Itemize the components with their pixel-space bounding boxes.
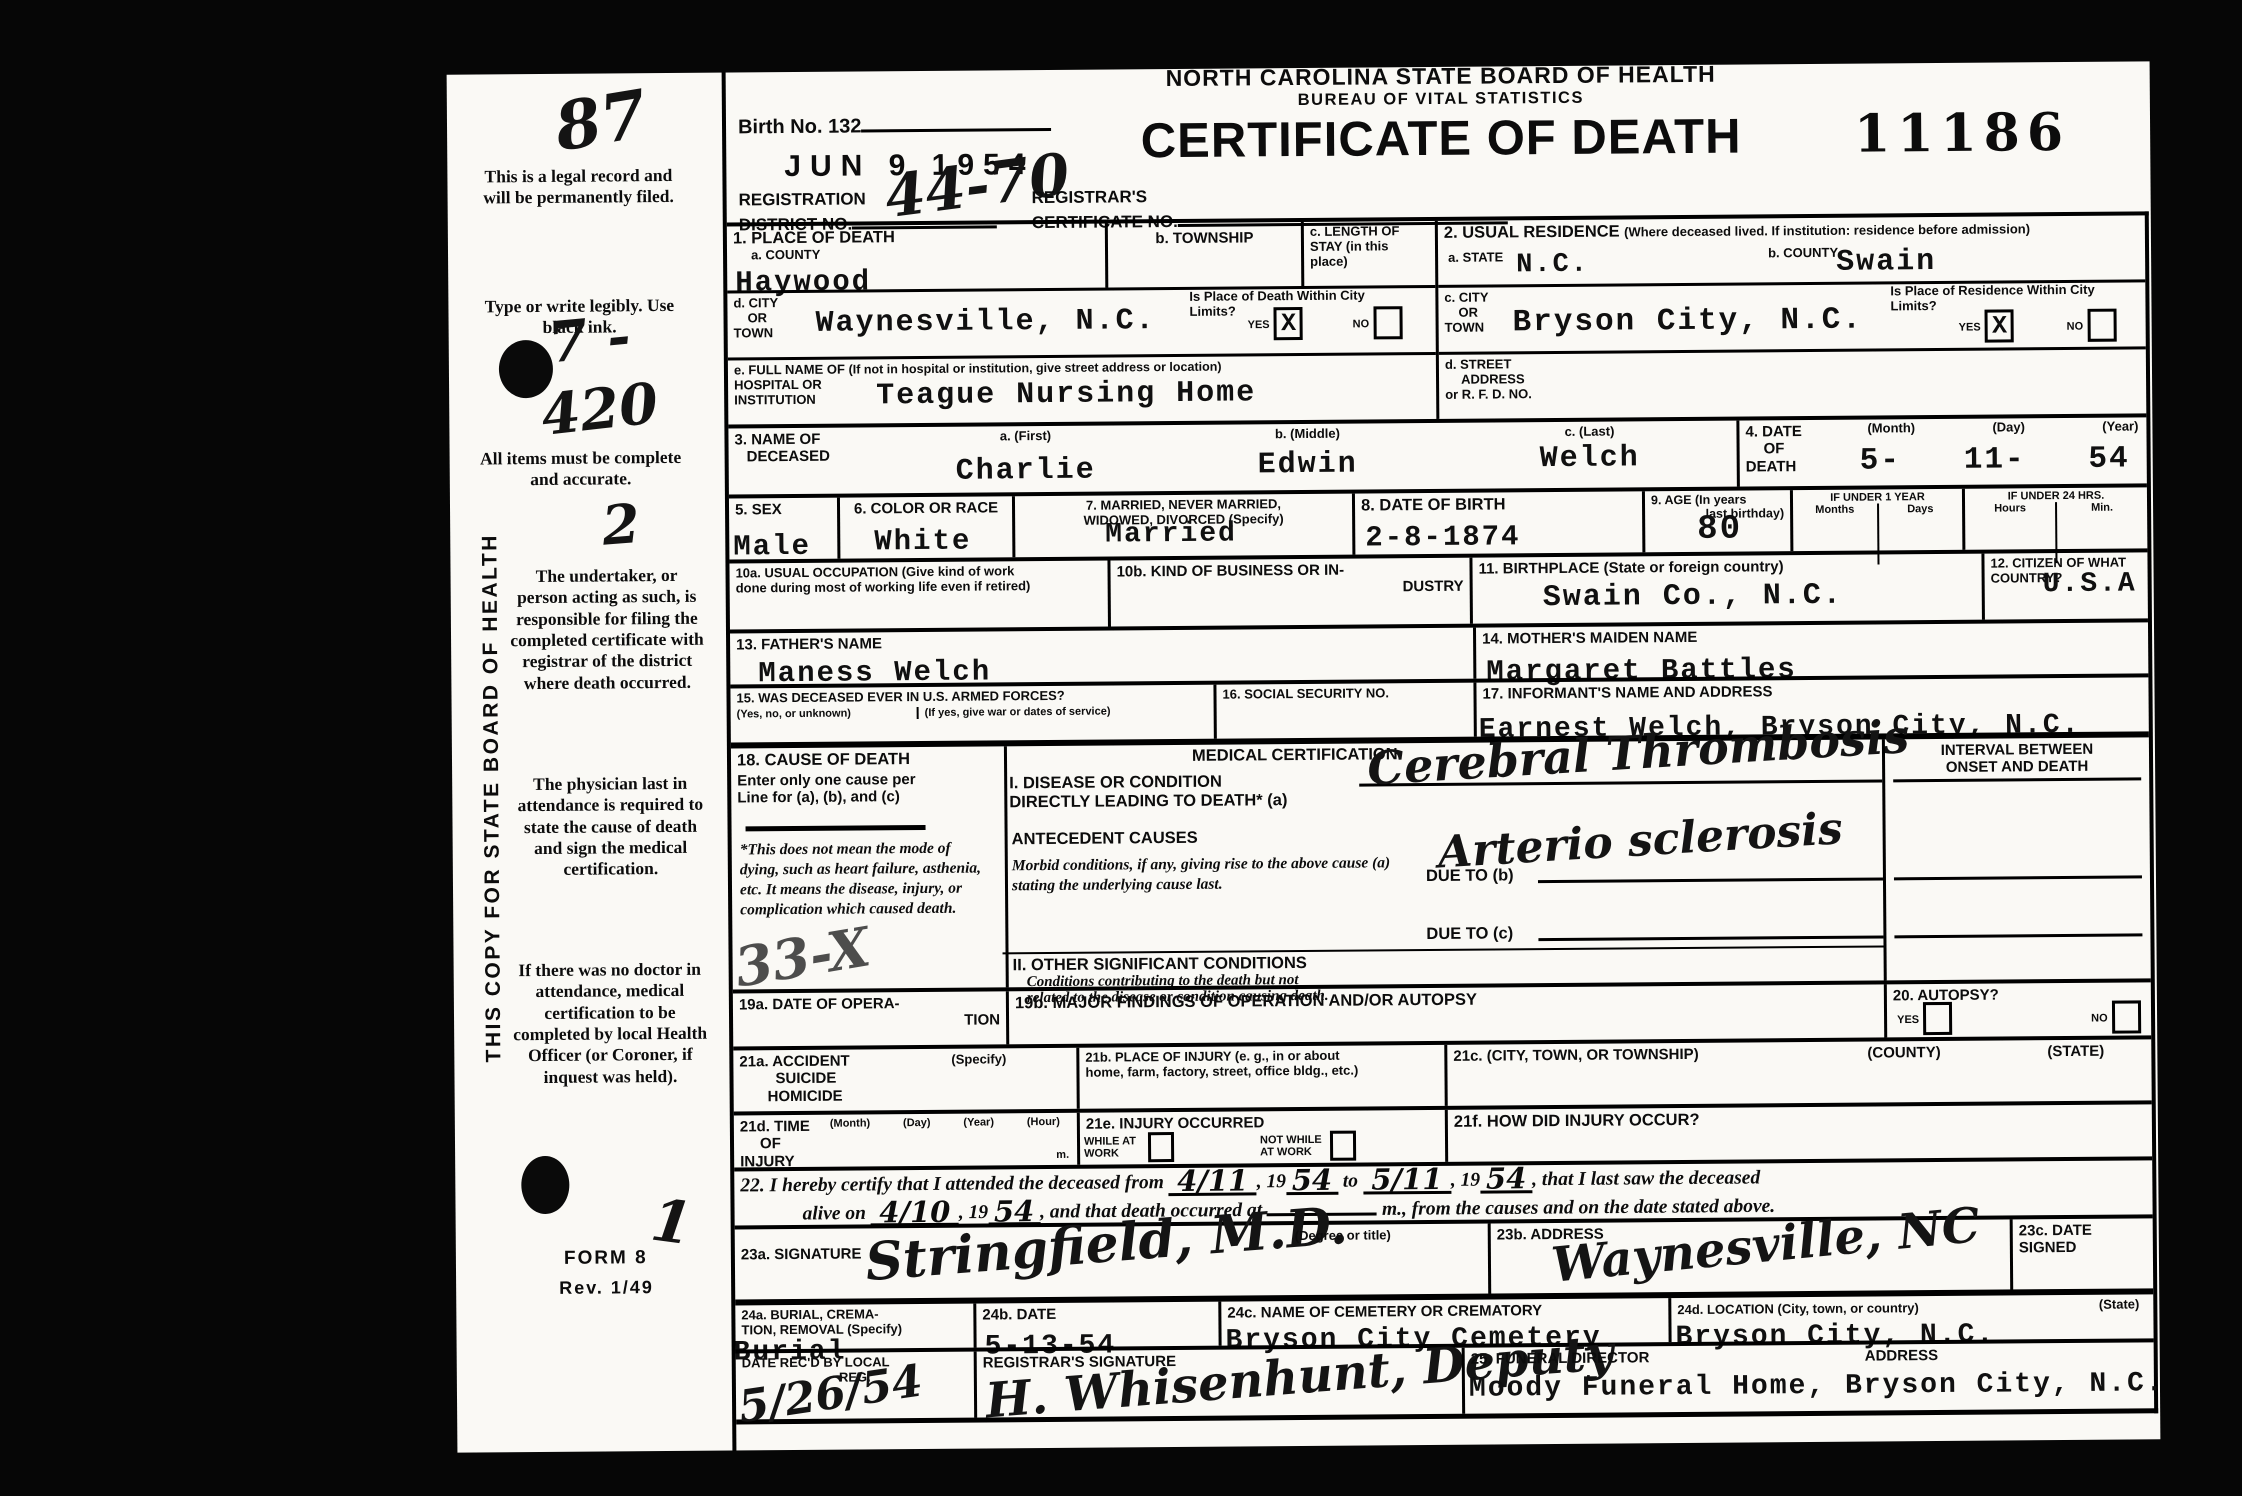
residence-city-value: Bryson City, N.C. xyxy=(1512,305,1862,339)
dob-label: 8. DATE OF BIRTH xyxy=(1361,494,1636,515)
last-name-value: Welch xyxy=(1449,443,1731,475)
death-limits-yes-label: YES xyxy=(1248,319,1270,331)
field-street-address: d. STREET ADDRESS or R. F. D. NO. xyxy=(1439,349,2146,419)
field-date-received: DATE REC'D BY LOCAL REG. 5/26/54 xyxy=(736,1352,975,1420)
field-date-signed: 23c. DATE SIGNED xyxy=(2010,1218,2154,1289)
field-city-of-death: d. CITY OR TOWN Waynesville, N.C. Is Pla… xyxy=(727,288,1435,358)
place-of-death-block: 1. PLACE OF DEATH a. COUNTY Haywood b. T… xyxy=(727,221,1437,425)
death-limits-no-label: NO xyxy=(1353,318,1370,330)
due-to-b-line xyxy=(1538,877,1883,883)
sex-label: 5. SEX xyxy=(735,501,831,519)
accident-specify-label: (Specify) xyxy=(951,1052,1006,1067)
sidebar-note-legal: This is a legal record and will be perma… xyxy=(469,165,687,209)
sidebar-vertical-text: THIS COPY FOR STATE BOARD OF HEALTH xyxy=(478,542,506,1062)
field-ssn: 16. SOCIAL SECURITY NO. xyxy=(1213,683,1473,739)
mother-label: 14. MOTHER'S MAIDEN NAME xyxy=(1482,625,2142,647)
death-limits-yes: YES X xyxy=(1247,307,1303,340)
cemetery-label: 24c. NAME OF CEMETERY OR CREMATORY xyxy=(1227,1301,1662,1322)
form-main: Birth No. 132 JUN 9 1954 REGISTRATION DI… xyxy=(722,61,2159,1450)
certify-19c: , 19 xyxy=(959,1202,988,1223)
due-to-c-line xyxy=(1538,935,1883,941)
form-box: 1. PLACE OF DEATH a. COUNTY Haywood b. T… xyxy=(727,211,2158,1424)
name-label-2: DECEASED xyxy=(747,448,885,466)
funeral-director-address-label: ADDRESS xyxy=(1865,1347,1938,1365)
certify-to-year: 54 xyxy=(1480,1168,1532,1193)
field-autopsy: 20. AUTOPSY? YES NO xyxy=(1884,982,2151,1037)
last-name-label: c. (Last) xyxy=(1448,424,1730,441)
interval-line-a xyxy=(1893,777,2141,782)
field-usual-occupation: 10a. USUAL OCCUPATION (Give kind of work… xyxy=(729,561,1108,630)
field-burial-date: 24b. DATE 5-13-54 xyxy=(973,1302,1218,1348)
injury-state-label: (STATE) xyxy=(2047,1043,2104,1061)
handwritten-page-number: 87 xyxy=(550,80,651,160)
interval-line-b xyxy=(1894,875,2142,880)
field-armed-forces: 15. WAS DECEASED EVER IN U.S. ARMED FORC… xyxy=(730,685,1213,743)
residence-limits-no: NO xyxy=(2067,309,2117,342)
row-registrar-funeral: DATE REC'D BY LOCAL REG. 5/26/54 REGISTR… xyxy=(736,1338,2155,1419)
birthplace-value: Swain Co., N.C. xyxy=(1543,581,1843,613)
name-middle-block: b. (Middle) Edwin xyxy=(1166,426,1448,488)
how-injury-label: 21f. HOW DID INJURY OCCUR? xyxy=(1454,1107,2146,1131)
length-of-stay-label-2: STAY (in this place) xyxy=(1310,239,1429,270)
ssn-label: 16. SOCIAL SECURITY NO. xyxy=(1222,686,1467,703)
injury-not-while-at-work: NOT WHILE AT WORK xyxy=(1260,1131,1356,1162)
armed-forces-label: 15. WAS DECEASED EVER IN U.S. ARMED FORC… xyxy=(736,688,1207,707)
header-center: NORTH CAROLINA STATE BOARD OF HEALTH BUR… xyxy=(1081,60,1802,170)
birth-no-line xyxy=(861,108,1051,132)
death-limits-no-checkbox xyxy=(1373,306,1402,339)
field-if-under-24-hrs: IF UNDER 24 HRS. Hours Min. xyxy=(1962,487,2147,549)
certify-part1: 22. I hereby certify that I attended the… xyxy=(740,1172,1164,1196)
color-race-value: White xyxy=(874,527,971,557)
date-of-death-sublabels: (Month) (Day) (Year) xyxy=(1867,419,2138,436)
field-if-under-1-year: IF UNDER 1 YEAR Months Days xyxy=(1790,489,1962,551)
form-revision: Rev. 1/49 xyxy=(559,1277,654,1299)
certify-from-year: 54 xyxy=(1286,1170,1338,1195)
field-cemetery-location: 24d. LOCATION (City, town, or country) (… xyxy=(1668,1294,2153,1342)
row-cause-of-death: 18. CAUSE OF DEATH Enter only one cause … xyxy=(731,731,2151,989)
field-age: 9. AGE (In years last birthday) 80 xyxy=(1642,490,1790,552)
birthplace-label: 11. BIRTHPLACE (State or foreign country… xyxy=(1478,557,1975,578)
major-findings-label: 19b. MAJOR FINDINGS OF OPERATION AND/OR … xyxy=(1015,987,1878,1013)
under-1-year-label: IF UNDER 1 YEAR xyxy=(1793,489,1962,504)
certify-part3: alive on xyxy=(802,1203,866,1224)
certify-from-value: 4/11 xyxy=(1169,1170,1257,1195)
cause-note2: *This does not mean the mode of dying, s… xyxy=(740,838,993,921)
sidebar-note-physician: The physician last in attendance is requ… xyxy=(510,773,711,881)
row-sex-age: 5. SEX Male 6. COLOR OR RACE White 7. MA… xyxy=(729,483,2147,559)
field-residence-city: c. CITY OR TOWN Bryson City, N.C. Is Pla… xyxy=(1438,282,2145,352)
certificate-number: 11186 xyxy=(1854,102,2070,165)
first-name-label: a. (First) xyxy=(884,428,1166,445)
certificate-page: 87 This is a legal record and will be pe… xyxy=(447,61,2161,1452)
cemetery-location-state-label: (State) xyxy=(2099,1297,2140,1312)
while-at-work-checkbox xyxy=(1148,1132,1174,1162)
dob-value: 2-8-1874 xyxy=(1365,522,1520,552)
usual-residence-block: 2. USUAL RESIDENCE (Where deceased lived… xyxy=(1435,215,2147,419)
usual-residence-label: 2. USUAL RESIDENCE xyxy=(1444,223,1620,242)
morbid-note: Morbid conditions, if any, giving rise t… xyxy=(1012,853,1412,896)
hospital-label-paren: (If not in hospital or institution, give… xyxy=(848,360,1221,377)
field-color-race: 6. COLOR OR RACE White xyxy=(837,496,1012,558)
injury-city-label: 21c. (CITY, TOWN, OR TOWNSHIP) xyxy=(1453,1046,1698,1065)
injury-day-label: (Day) xyxy=(903,1117,931,1129)
other-conditions-divider xyxy=(1003,945,1884,954)
middle-name-label: b. (Middle) xyxy=(1166,426,1448,443)
injury-hour-label: (Hour) xyxy=(1027,1116,1060,1128)
operation-label-2: TION xyxy=(739,1012,1000,1031)
autopsy-no-checkbox xyxy=(2112,1000,2141,1033)
while-at-work-label-2: WORK xyxy=(1084,1147,1119,1159)
residence-limits-yes: YES X xyxy=(1959,309,2015,342)
field-name-of-deceased: 3. NAME OF DECEASED a. (First) Charlie b… xyxy=(728,421,1736,495)
field-date-of-birth: 8. DATE OF BIRTH 2-8-1874 xyxy=(1352,491,1642,554)
residence-limits-yes-label: YES xyxy=(1959,321,1981,333)
first-name-value: Charlie xyxy=(885,455,1167,487)
field-registrar-signature: REGISTRAR'S SIGNATURE H. Whisenhunt, Dep… xyxy=(974,1348,1463,1418)
disease-label-1: I. DISEASE OR CONDITION xyxy=(1009,772,1287,793)
accident-label-3: HOMICIDE xyxy=(768,1085,1071,1105)
row-name-date: 3. NAME OF DECEASED a. (First) Charlie b… xyxy=(728,413,2147,494)
field-date-of-operation: 19a. DATE OF OPERA- TION xyxy=(733,991,1006,1046)
field-place-of-death-county: 1. PLACE OF DEATH a. COUNTY Haywood xyxy=(727,224,1105,291)
field-usual-residence: 2. USUAL RESIDENCE (Where deceased lived… xyxy=(1438,215,2145,285)
cause-note1-2: Line for (a), (b), and (c) xyxy=(737,788,998,807)
township-label: b. TOWNSHIP xyxy=(1114,229,1295,248)
injury-m-label: m. xyxy=(1056,1149,1069,1161)
antecedent-label: ANTECEDENT CAUSES xyxy=(1012,829,1198,849)
death-month-value: 5- xyxy=(1860,445,1901,476)
residence-limits-no-checkbox xyxy=(2087,309,2116,342)
time-of-injury-sublabels: (Month) (Day) (Year) (Hour) xyxy=(830,1116,1060,1130)
field-township: b. TOWNSHIP xyxy=(1105,222,1301,288)
birth-no: Birth No. 132 xyxy=(738,108,1052,139)
month-label: (Month) xyxy=(1867,421,1915,436)
usual-residence-paren: (Where deceased lived. If institution: r… xyxy=(1624,221,2030,239)
armed-forces-sub-2: (If yes, give war or dates of service) xyxy=(917,705,1208,719)
marital-value: Married xyxy=(1105,521,1237,550)
father-label: 13. FATHER'S NAME xyxy=(736,631,1467,654)
armed-forces-subs: (Yes, no, or unknown) (If yes, give war … xyxy=(737,705,1208,721)
informant-label: 17. INFORMANT'S NAME AND ADDRESS xyxy=(1482,680,2142,702)
injury-occurred-label: 21e. INJURY OCCURRED xyxy=(1086,1113,1439,1133)
residence-state-label: a. STATE xyxy=(1448,250,1503,265)
certify-19b: , 19 xyxy=(1451,1170,1480,1191)
name-last-block: c. (Last) Welch xyxy=(1448,424,1730,486)
residence-county-label: b. COUNTY xyxy=(1768,246,1838,261)
field-funeral-director: 25. FUNERAL DIRECTOR ADDRESS Moody Funer… xyxy=(1462,1342,2154,1413)
org-name: NORTH CAROLINA STATE BOARD OF HEALTH xyxy=(1081,60,1801,93)
field-citizen: 12. CITIZEN OF WHAT COUNTRY? U.S.A xyxy=(1981,552,2148,619)
business-label-2: DUSTRY xyxy=(1117,578,1464,598)
field-medical-certification: MEDICAL CERTIFICATION I. DISEASE OR COND… xyxy=(1004,739,1884,987)
handwritten-1: 1 xyxy=(648,1191,696,1254)
field-kind-of-business: 10b. KIND OF BUSINESS OR IN- DUSTRY xyxy=(1107,558,1470,627)
field-cause-of-death-notes: 18. CAUSE OF DEATH Enter only one cause … xyxy=(731,746,1006,989)
disease-label-block: I. DISEASE OR CONDITION DIRECTLY LEADING… xyxy=(1009,772,1287,812)
field-major-findings: 19b. MAJOR FINDINGS OF OPERATION AND/OR … xyxy=(1006,984,1884,1044)
name-first-block: a. (First) Charlie xyxy=(884,428,1166,490)
residence-county-value: Swain xyxy=(1836,247,1936,278)
disease-label-2: DIRECTLY LEADING TO DEATH* (a) xyxy=(1009,791,1287,812)
certify-19a: , 19 xyxy=(1257,1171,1286,1192)
form-number: FORM 8 xyxy=(564,1247,648,1270)
field-birthplace: 11. BIRTHPLACE (State or foreign country… xyxy=(1469,554,1982,624)
citizen-value: U.S.A xyxy=(2043,570,2137,599)
field-sex: 5. SEX Male xyxy=(729,498,837,560)
row-place-residence: 1. PLACE OF DEATH a. COUNTY Haywood b. T… xyxy=(727,215,2147,424)
occupation-label-2: done during most of working life even if… xyxy=(736,579,1102,597)
operation-label-1: 19a. DATE OF OPERA- xyxy=(739,994,1000,1013)
under-24-hrs-label: IF UNDER 24 HRS. xyxy=(1965,487,2147,503)
cause-note1-1: Enter only one cause per xyxy=(737,770,998,789)
county-label: a. COUNTY xyxy=(751,246,1099,264)
birth-no-label: Birth No. xyxy=(738,116,823,139)
interval-label-2: ONSET AND DEATH xyxy=(1891,758,2143,777)
field-place-of-injury: 21b. PLACE OF INJURY (e. g., in or about… xyxy=(1076,1045,1444,1109)
date-signed-label: 23c. DATE SIGNED xyxy=(2019,1221,2147,1257)
age-value: 80 xyxy=(1697,513,1742,547)
due-to-c-label: DUE TO (c) xyxy=(1426,924,1513,944)
not-while-at-work-label-2: AT WORK xyxy=(1260,1146,1312,1158)
certify-part2: , that I last saw the deceased xyxy=(1532,1167,1760,1190)
residence-limits-yes-checkbox: X xyxy=(1985,309,2014,342)
field-how-injury-occurred: 21f. HOW DID INJURY OCCUR? xyxy=(1445,1104,2152,1162)
day-label: (Day) xyxy=(1992,420,2025,435)
interval-label-1: INTERVAL BETWEEN xyxy=(1891,740,2143,759)
field-marital-status: 7. MARRIED, NEVER MARRIED, WIDOWED, DIVO… xyxy=(1012,494,1352,558)
hospital-label-pre: e. FULL NAME OF xyxy=(734,362,845,378)
death-day-value: 11- xyxy=(1964,444,2026,475)
field-injury-occurred: 21e. INJURY OCCURRED WHILE AT WORK NOT W… xyxy=(1077,1110,1445,1165)
armed-forces-sub-1: (Yes, no, or unknown) xyxy=(737,707,917,721)
residence-limits-yes-mark: X xyxy=(1992,311,2007,340)
not-while-at-work-label-1: NOT WHILE xyxy=(1260,1134,1322,1146)
residence-limits-no-label: NO xyxy=(2067,321,2084,333)
sidebar-note-complete: All items must be complete and accurate. xyxy=(472,447,690,491)
field-injury-city: 21c. (CITY, TOWN, OR TOWNSHIP) (COUNTY) … xyxy=(1444,1039,2151,1106)
field-accident-suicide-homicide: 21a. ACCIDENT SUICIDE HOMICIDE (Specify) xyxy=(733,1048,1076,1112)
birth-no-value: 132 xyxy=(828,115,862,137)
scanned-document: 87 This is a legal record and will be pe… xyxy=(0,0,2242,1496)
sidebar-note-no-doctor: If there was no doctor in attendance, me… xyxy=(509,959,712,1089)
name-label-1: 3. NAME OF xyxy=(734,430,884,448)
residence-state-value: N.C. xyxy=(1516,252,1589,280)
autopsy-yes: YES xyxy=(1897,1002,1953,1035)
death-limits-yes-checkbox: X xyxy=(1274,307,1303,340)
certify-to: to xyxy=(1343,1171,1358,1192)
place-of-injury-label-2: home, farm, factory, street, office bldg… xyxy=(1085,1063,1438,1081)
year-label: (Year) xyxy=(2102,419,2138,434)
row-occupation-birthplace: 10a. USUAL OCCUPATION (Give kind of work… xyxy=(729,548,2148,629)
field-length-of-stay: c. LENGTH OF STAY (in this place) xyxy=(1301,221,1435,286)
interval-line-c xyxy=(1894,933,2142,938)
field-burial-type: 24a. BURIAL, CREMA- TION, REMOVAL (Speci… xyxy=(735,1304,973,1350)
handwritten-7: 7 - xyxy=(546,308,633,372)
not-while-at-work-checkbox xyxy=(1330,1131,1356,1161)
death-limits-no: NO xyxy=(1352,306,1402,339)
row-accident: 21a. ACCIDENT SUICIDE HOMICIDE (Specify)… xyxy=(733,1035,2151,1111)
handwritten-2: 2 xyxy=(600,496,642,553)
autopsy-no-label: NO xyxy=(2091,1012,2108,1024)
degree-or-title-label: (Degree or title) xyxy=(1295,1228,1391,1244)
burial-label-2: TION, REMOVAL (Specify) xyxy=(741,1322,967,1339)
row-signature: 23a. SIGNATURE Stringfield, M.D. (Degree… xyxy=(735,1214,2154,1299)
injury-county-label: (COUNTY) xyxy=(1867,1044,1940,1062)
autopsy-yes-label: YES xyxy=(1897,1014,1919,1026)
field-father-name: 13. FATHER'S NAME Maness Welch xyxy=(730,628,1473,685)
date-of-death-values: 5- 11- 54 xyxy=(1860,444,2130,477)
page-title: CERTIFICATE OF DEATH xyxy=(1081,108,1801,170)
due-to-b-value: Arterio sclerosis xyxy=(1437,807,1844,875)
field-interval: INTERVAL BETWEEN ONSET AND DEATH xyxy=(1882,737,2151,980)
cemetery-location-label: 24d. LOCATION (City, town, or country) xyxy=(1677,1300,1919,1317)
city-of-death-value: Waynesville, N.C. xyxy=(815,306,1155,339)
funeral-director-label: 25. FUNERAL DIRECTOR xyxy=(1471,1349,1650,1367)
cause-label: 18. CAUSE OF DEATH xyxy=(737,749,998,770)
injury-year-label: (Year) xyxy=(963,1116,994,1128)
death-limits-yes-mark: X xyxy=(1281,309,1296,338)
death-year-value: 54 xyxy=(2088,444,2129,475)
sidebar-note-undertaker: The undertaker, or person acting as such… xyxy=(508,565,705,695)
hospital-value: Teague Nursing Home xyxy=(876,378,1256,411)
handwritten-cause-code: 33-X xyxy=(731,919,874,995)
field-date-of-death: 4. DATE OF DEATH (Month) (Day) (Year) 5-… xyxy=(1736,417,2147,486)
field-signature: 23a. SIGNATURE Stringfield, M.D. (Degree… xyxy=(735,1224,1489,1300)
sex-value: Male xyxy=(733,532,811,562)
certify-part5: m., from the causes and on the date stat… xyxy=(1382,1196,1775,1220)
certify-to-value: 5/11 xyxy=(1363,1169,1451,1194)
field-hospital: e. FULL NAME OF (If not in hospital or i… xyxy=(728,355,1436,425)
while-at-work-label-1: WHILE AT xyxy=(1084,1135,1136,1147)
funeral-director-value: Moody Funeral Home, Bryson City, N.C. xyxy=(1469,1370,2165,1403)
autopsy-yes-checkbox xyxy=(1923,1002,1952,1035)
autopsy-no: NO xyxy=(2091,1000,2141,1033)
field-mother-name: 14. MOTHER'S MAIDEN NAME Margaret Battle… xyxy=(1473,622,2148,678)
handwritten-420: 420 xyxy=(538,375,660,444)
injury-month-label: (Month) xyxy=(830,1117,870,1129)
injury-while-at-work: WHILE AT WORK xyxy=(1084,1132,1174,1163)
cause-divider-rule xyxy=(746,825,926,831)
middle-name-value: Edwin xyxy=(1167,449,1449,481)
field-signature-address: 23b. ADDRESS Waynesville, NC xyxy=(1488,1219,2011,1293)
color-race-label: 6. COLOR OR RACE xyxy=(846,499,1006,518)
field-time-of-injury: 21d. TIME OF INJURY (Month) (Day) (Year)… xyxy=(734,1113,1077,1168)
burial-date-label: 24b. DATE xyxy=(982,1305,1212,1324)
hole-punch xyxy=(521,1156,569,1214)
name-label-block: 3. NAME OF DECEASED xyxy=(734,430,884,491)
